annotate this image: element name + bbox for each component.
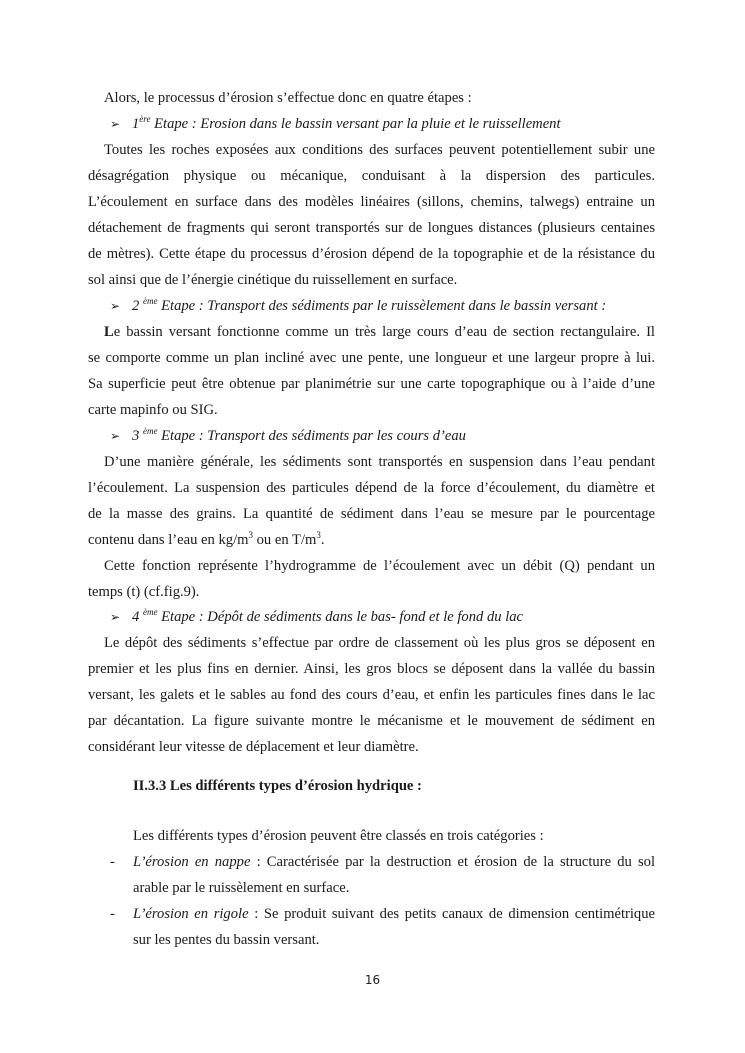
paragraph-line: Toutes les roches exposées aux condition…	[104, 140, 655, 160]
dash-bullet-icon: -	[110, 904, 133, 924]
step-3-heading: ➢3 ème Etape : Transport des sédiments p…	[110, 426, 677, 446]
paragraph-line: l’écoulement. La suspension des particul…	[88, 478, 655, 498]
paragraph-line: de mètres). Cette étape du processus d’é…	[88, 244, 655, 264]
document-page: Alors, le processus d’érosion s’effectue…	[0, 0, 745, 1053]
arrow-bullet-icon: ➢	[110, 114, 132, 134]
step-4-heading: ➢4 ème Etape : Dépôt de sédiments dans l…	[110, 607, 677, 627]
intro-text: Alors, le processus d’érosion s’effectue…	[104, 88, 655, 108]
paragraph-line: de la masse des grains. La quantité de s…	[88, 504, 655, 524]
arrow-bullet-icon: ➢	[110, 426, 132, 446]
paragraph-line: désagrégation physique ou mécanique, con…	[88, 166, 655, 186]
step-2-heading: ➢2 ème Etape : Transport des sédiments p…	[110, 296, 677, 316]
paragraph-line: par décantation. La figure suivante mont…	[88, 711, 655, 731]
paragraph-line: considérant leur vitesse de déplacement …	[88, 737, 655, 757]
units-line: contenu dans l’eau en kg/m3 ou en T/m3.	[88, 530, 655, 550]
paragraph-line: Le dépôt des sédiments s’effectue par or…	[104, 633, 655, 653]
paragraph-line: versant, les galets et le sables au fond…	[88, 685, 655, 705]
paragraph-line: détachement de fragments qui seront tran…	[88, 218, 655, 238]
paragraph-line: temps (t) (cf.fig.9).	[88, 582, 655, 602]
paragraph-line: Le bassin versant fonctionne comme un tr…	[104, 322, 655, 342]
paragraph-line: Cette fonction représente l’hydrogramme …	[104, 556, 655, 576]
paragraph-line: L’écoulement en surface dans des modèles…	[88, 192, 655, 212]
section-heading: II.3.3 Les différents types d’érosion hy…	[133, 776, 422, 796]
paragraph-line: D’une manière générale, les sédiments so…	[104, 452, 655, 472]
list-item-rigole: -L’érosion en rigole : Se produit suivan…	[110, 904, 655, 924]
section-intro: Les différents types d’érosion peuvent ê…	[133, 826, 655, 846]
list-item-nappe: -L’érosion en nappe : Caractérisée par l…	[110, 852, 655, 872]
arrow-bullet-icon: ➢	[110, 296, 132, 316]
step-1-heading: ➢1ère Etape : Erosion dans le bassin ver…	[110, 114, 677, 134]
paragraph-line: premier et les plus fins en dernier. Ain…	[88, 659, 655, 679]
paragraph-line: carte mapinfo ou SIG.	[88, 400, 655, 420]
list-item-continuation: arable par le ruissèlement en surface.	[133, 878, 655, 898]
list-item-continuation: sur les pentes du bassin versant.	[133, 930, 655, 950]
dash-bullet-icon: -	[110, 852, 133, 872]
paragraph-line: sol ainsi que de l’énergie cinétique du …	[88, 270, 655, 290]
paragraph-line: Sa superficie peut être obtenue par plan…	[88, 374, 655, 394]
arrow-bullet-icon: ➢	[110, 607, 132, 627]
paragraph-line: se comporte comme un plan incliné avec u…	[88, 348, 655, 368]
page-number: 16	[0, 973, 745, 987]
